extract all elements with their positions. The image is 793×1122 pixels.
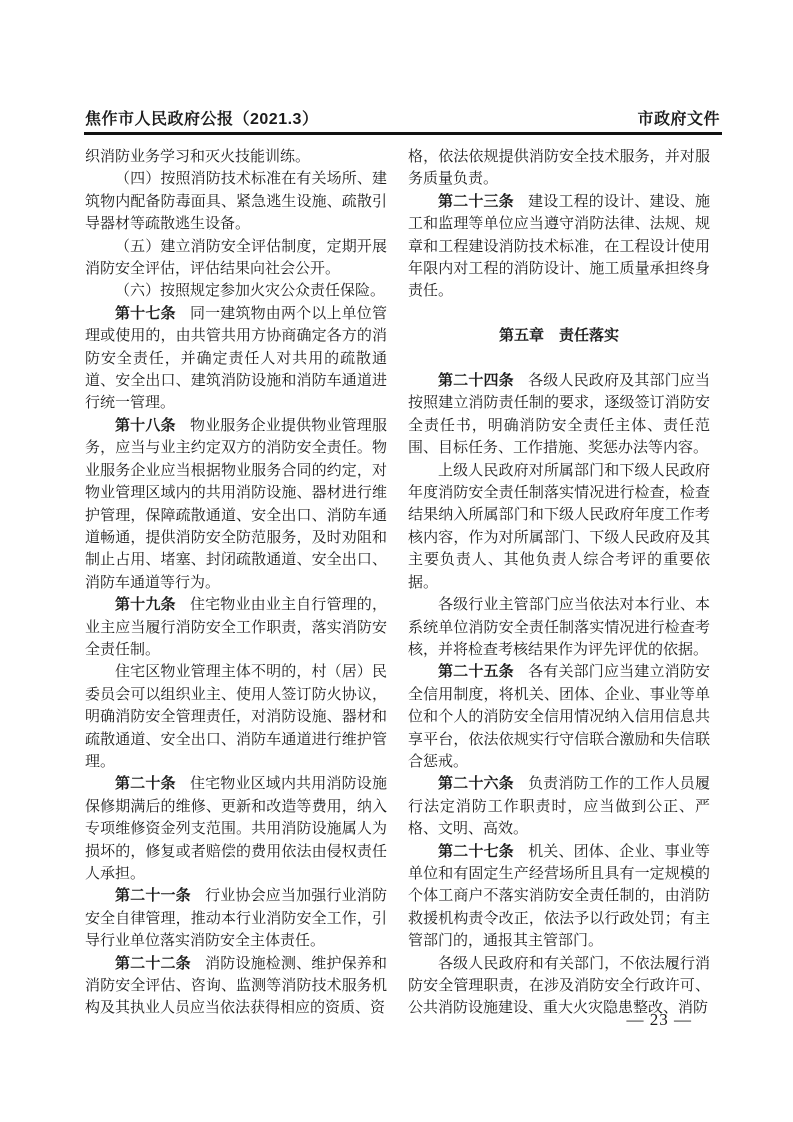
page-footer: — 23 — [627,1010,693,1030]
left-column: 织消防业务学习和灭火技能训练。（四）按照消防技术标准在有关场所、建筑物内配备防毒… [85,146,387,1020]
body-paragraph: 第二十三条建设工程的设计、建设、施工和监理等单位应当遵守消防法律、法规、规章和工… [408,191,710,303]
body-paragraph: 第十七条同一建筑物由两个以上单位管理或使用的，由共管共用方协商确定各方的消防安全… [85,303,387,415]
article-number: 第二十七条 [438,843,514,860]
article-number: 第十八条 [115,417,176,434]
body-paragraph: 第二十四条各级人民政府及其部门应当按照建立消防责任制的要求，逐级签订消防安全责任… [408,370,710,460]
page-header: 焦作市人民政府公报（2021.3） 市政府文件 [85,106,720,129]
body-paragraph: 第二十六条负责消防工作的工作人员履行法定消防工作职责时，应当做到公正、严格、文明… [408,773,710,840]
right-column: 格，依法依规提供消防安全技术服务，并对服务质量负责。第二十三条建设工程的设计、建… [408,146,710,1020]
article-number: 第二十一条 [115,887,191,904]
body-paragraph: 第二十一条行业协会应当加强行业消防安全自律管理，推动本行业消防安全工作，引导行业… [85,885,387,952]
body-paragraph: 织消防业务学习和灭火技能训练。 [85,146,387,168]
page-number: — 23 — [627,1010,693,1029]
body-paragraph: （四）按照消防技术标准在有关场所、建筑物内配备防毒面具、紧急逃生设施、疏散引导器… [85,168,387,235]
body-paragraph: 第二十七条机关、团体、企业、事业等单位和有固定生产经营场所且具有一定规模的个体工… [408,841,710,953]
header-rule [84,132,722,135]
body-paragraph: 第十八条物业服务企业提供物业管理服务，应当与业主约定双方的消防安全责任。物业服务… [85,415,387,594]
article-number: 第十七条 [115,305,176,322]
article-number: 第二十三条 [438,193,514,210]
document-body: 织消防业务学习和灭火技能训练。（四）按照消防技术标准在有关场所、建筑物内配备防毒… [85,146,710,1020]
body-paragraph: 第十九条住宅物业由业主自行管理的，业主应当履行消防安全工作职责，落实消防安全责任… [85,594,387,661]
body-paragraph: 第二十条住宅物业区域内共用消防设施保修期满后的维修、更新和改造等费用，纳入专项维… [85,773,387,885]
article-number: 第十九条 [115,596,176,613]
gazette-page: 焦作市人民政府公报（2021.3） 市政府文件 织消防业务学习和灭火技能训练。（… [0,0,793,1122]
body-paragraph: 各级行业主管部门应当依法对本行业、本系统单位消防安全责任制落实情况进行检查考核，… [408,594,710,661]
body-paragraph: 第二十五条各有关部门应当建立消防安全信用制度，将机关、团体、企业、事业等单位和个… [408,661,710,773]
article-number: 第二十六条 [438,775,514,792]
body-paragraph: 上级人民政府对所属部门和下级人民政府年度消防安全责任制落实情况进行检查，检查结果… [408,460,710,594]
gazette-title: 焦作市人民政府公报（2021.3） [85,106,318,129]
body-paragraph: 住宅区物业管理主体不明的，村（居）民委员会可以组织业主、使用人签订防火协议，明确… [85,661,387,773]
body-paragraph: （六）按照规定参加火灾公众责任保险。 [85,280,387,302]
body-paragraph: （五）建立消防安全评估制度，定期开展消防安全评估，评估结果向社会公开。 [85,236,387,281]
body-paragraph: 第二十二条消防设施检测、维护保养和消防安全评估、咨询、监测等消防技术服务机构及其… [85,953,387,1020]
article-number: 第二十二条 [115,955,191,972]
chapter-heading: 第五章 责任落实 [408,325,710,347]
article-number: 第二十条 [115,775,176,792]
body-paragraph: 格，依法依规提供消防安全技术服务，并对服务质量负责。 [408,146,710,191]
article-number: 第二十五条 [438,663,514,680]
article-number: 第二十四条 [438,372,514,389]
section-label: 市政府文件 [637,106,720,129]
